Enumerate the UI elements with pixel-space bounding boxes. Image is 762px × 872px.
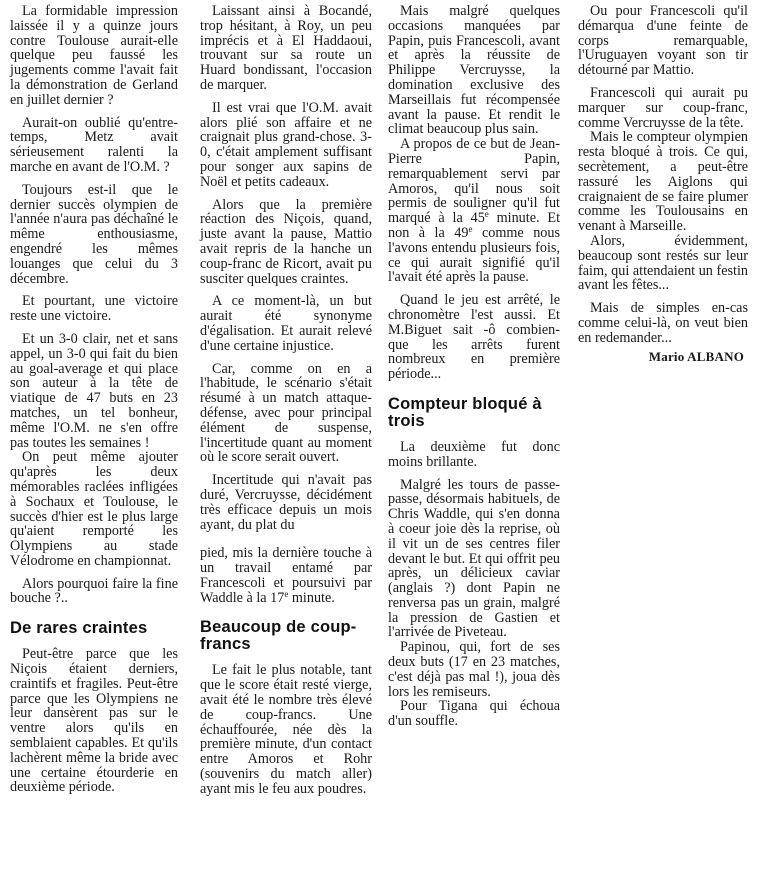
paragraph: pied, mis la dernière touche à un travai… bbox=[200, 546, 372, 605]
paragraph: Laissant ainsi à Bocandé, trop hésitant,… bbox=[200, 4, 372, 93]
paragraph: Ou pour Francescoli qu'il démarqua d'une… bbox=[578, 4, 748, 78]
paragraph: Mais le compteur olympien resta bloqué à… bbox=[578, 130, 748, 234]
paragraph: On peut même ajouter qu'après les deux m… bbox=[10, 450, 178, 568]
paragraph: Alors, évidemment, beaucoup sont restés … bbox=[578, 234, 748, 293]
article-column-1: La formidable impression laissée il y a … bbox=[10, 4, 178, 803]
paragraph: Incertitude qui n'avait pas duré, Vercru… bbox=[200, 473, 372, 532]
paragraph: Malgré les tours de passe-passe, désorma… bbox=[388, 478, 560, 641]
article-column-2: Laissant ainsi à Bocandé, trop hésitant,… bbox=[200, 4, 372, 805]
article-column-3: Mais malgré quelques occasions manquées … bbox=[388, 4, 560, 737]
paragraph: Alors pourquoi faire la fine bouche ?.. bbox=[10, 577, 178, 607]
print-gap bbox=[200, 532, 372, 546]
paragraph: Papinou, qui, fort de ses deux buts (17 … bbox=[388, 640, 560, 699]
paragraph: Peut-être parce que les Niçois étaient d… bbox=[10, 647, 178, 795]
paragraph: Le fait le plus notable, tant que le sco… bbox=[200, 663, 372, 796]
paragraph: La deuxième fut donc moins brillante. bbox=[388, 440, 560, 470]
paragraph: Quand le jeu est arrêté, le chronomètre … bbox=[388, 293, 560, 382]
paragraph: Alors que la première réaction des Niçoi… bbox=[200, 198, 372, 287]
paragraph: Francescoli qui aurait pu marquer sur co… bbox=[578, 86, 748, 130]
paragraph: Pour Tigana qui échoua d'un souffle. bbox=[388, 699, 560, 729]
paragraph: Car, comme on en a l'habitude, le scénar… bbox=[200, 362, 372, 466]
paragraph: Et pourtant, une victoire reste une vict… bbox=[10, 294, 178, 324]
author-byline: Mario ALBANO bbox=[578, 350, 748, 365]
paragraph: Toujours est-il que le dernier succès ol… bbox=[10, 183, 178, 287]
section-heading: Compteur bloqué à trois bbox=[388, 396, 560, 430]
paragraph: Il est vrai que l'O.M. avait alors plié … bbox=[200, 101, 372, 190]
article-column-4: Ou pour Francescoli qu'il démarqua d'une… bbox=[578, 4, 748, 364]
paragraph: Mais malgré quelques occasions manquées … bbox=[388, 4, 560, 137]
newspaper-article: La formidable impression laissée il y a … bbox=[0, 0, 762, 872]
section-heading: De rares craintes bbox=[10, 620, 178, 637]
paragraph: A propos de ce but de Jean-Pierre Papin,… bbox=[388, 137, 560, 285]
paragraph: Et un 3-0 clair, net et sans appel, un 3… bbox=[10, 332, 178, 450]
paragraph: Aurait-on oublié qu'entre-temps, Metz av… bbox=[10, 116, 178, 175]
paragraph: Mais de simples en-cas comme celui-là, o… bbox=[578, 301, 748, 345]
paragraph: La formidable impression laissée il y a … bbox=[10, 4, 178, 108]
paragraph: A ce moment-là, un but aurait été synony… bbox=[200, 294, 372, 353]
section-heading: Beaucoup de coup-francs bbox=[200, 619, 372, 653]
